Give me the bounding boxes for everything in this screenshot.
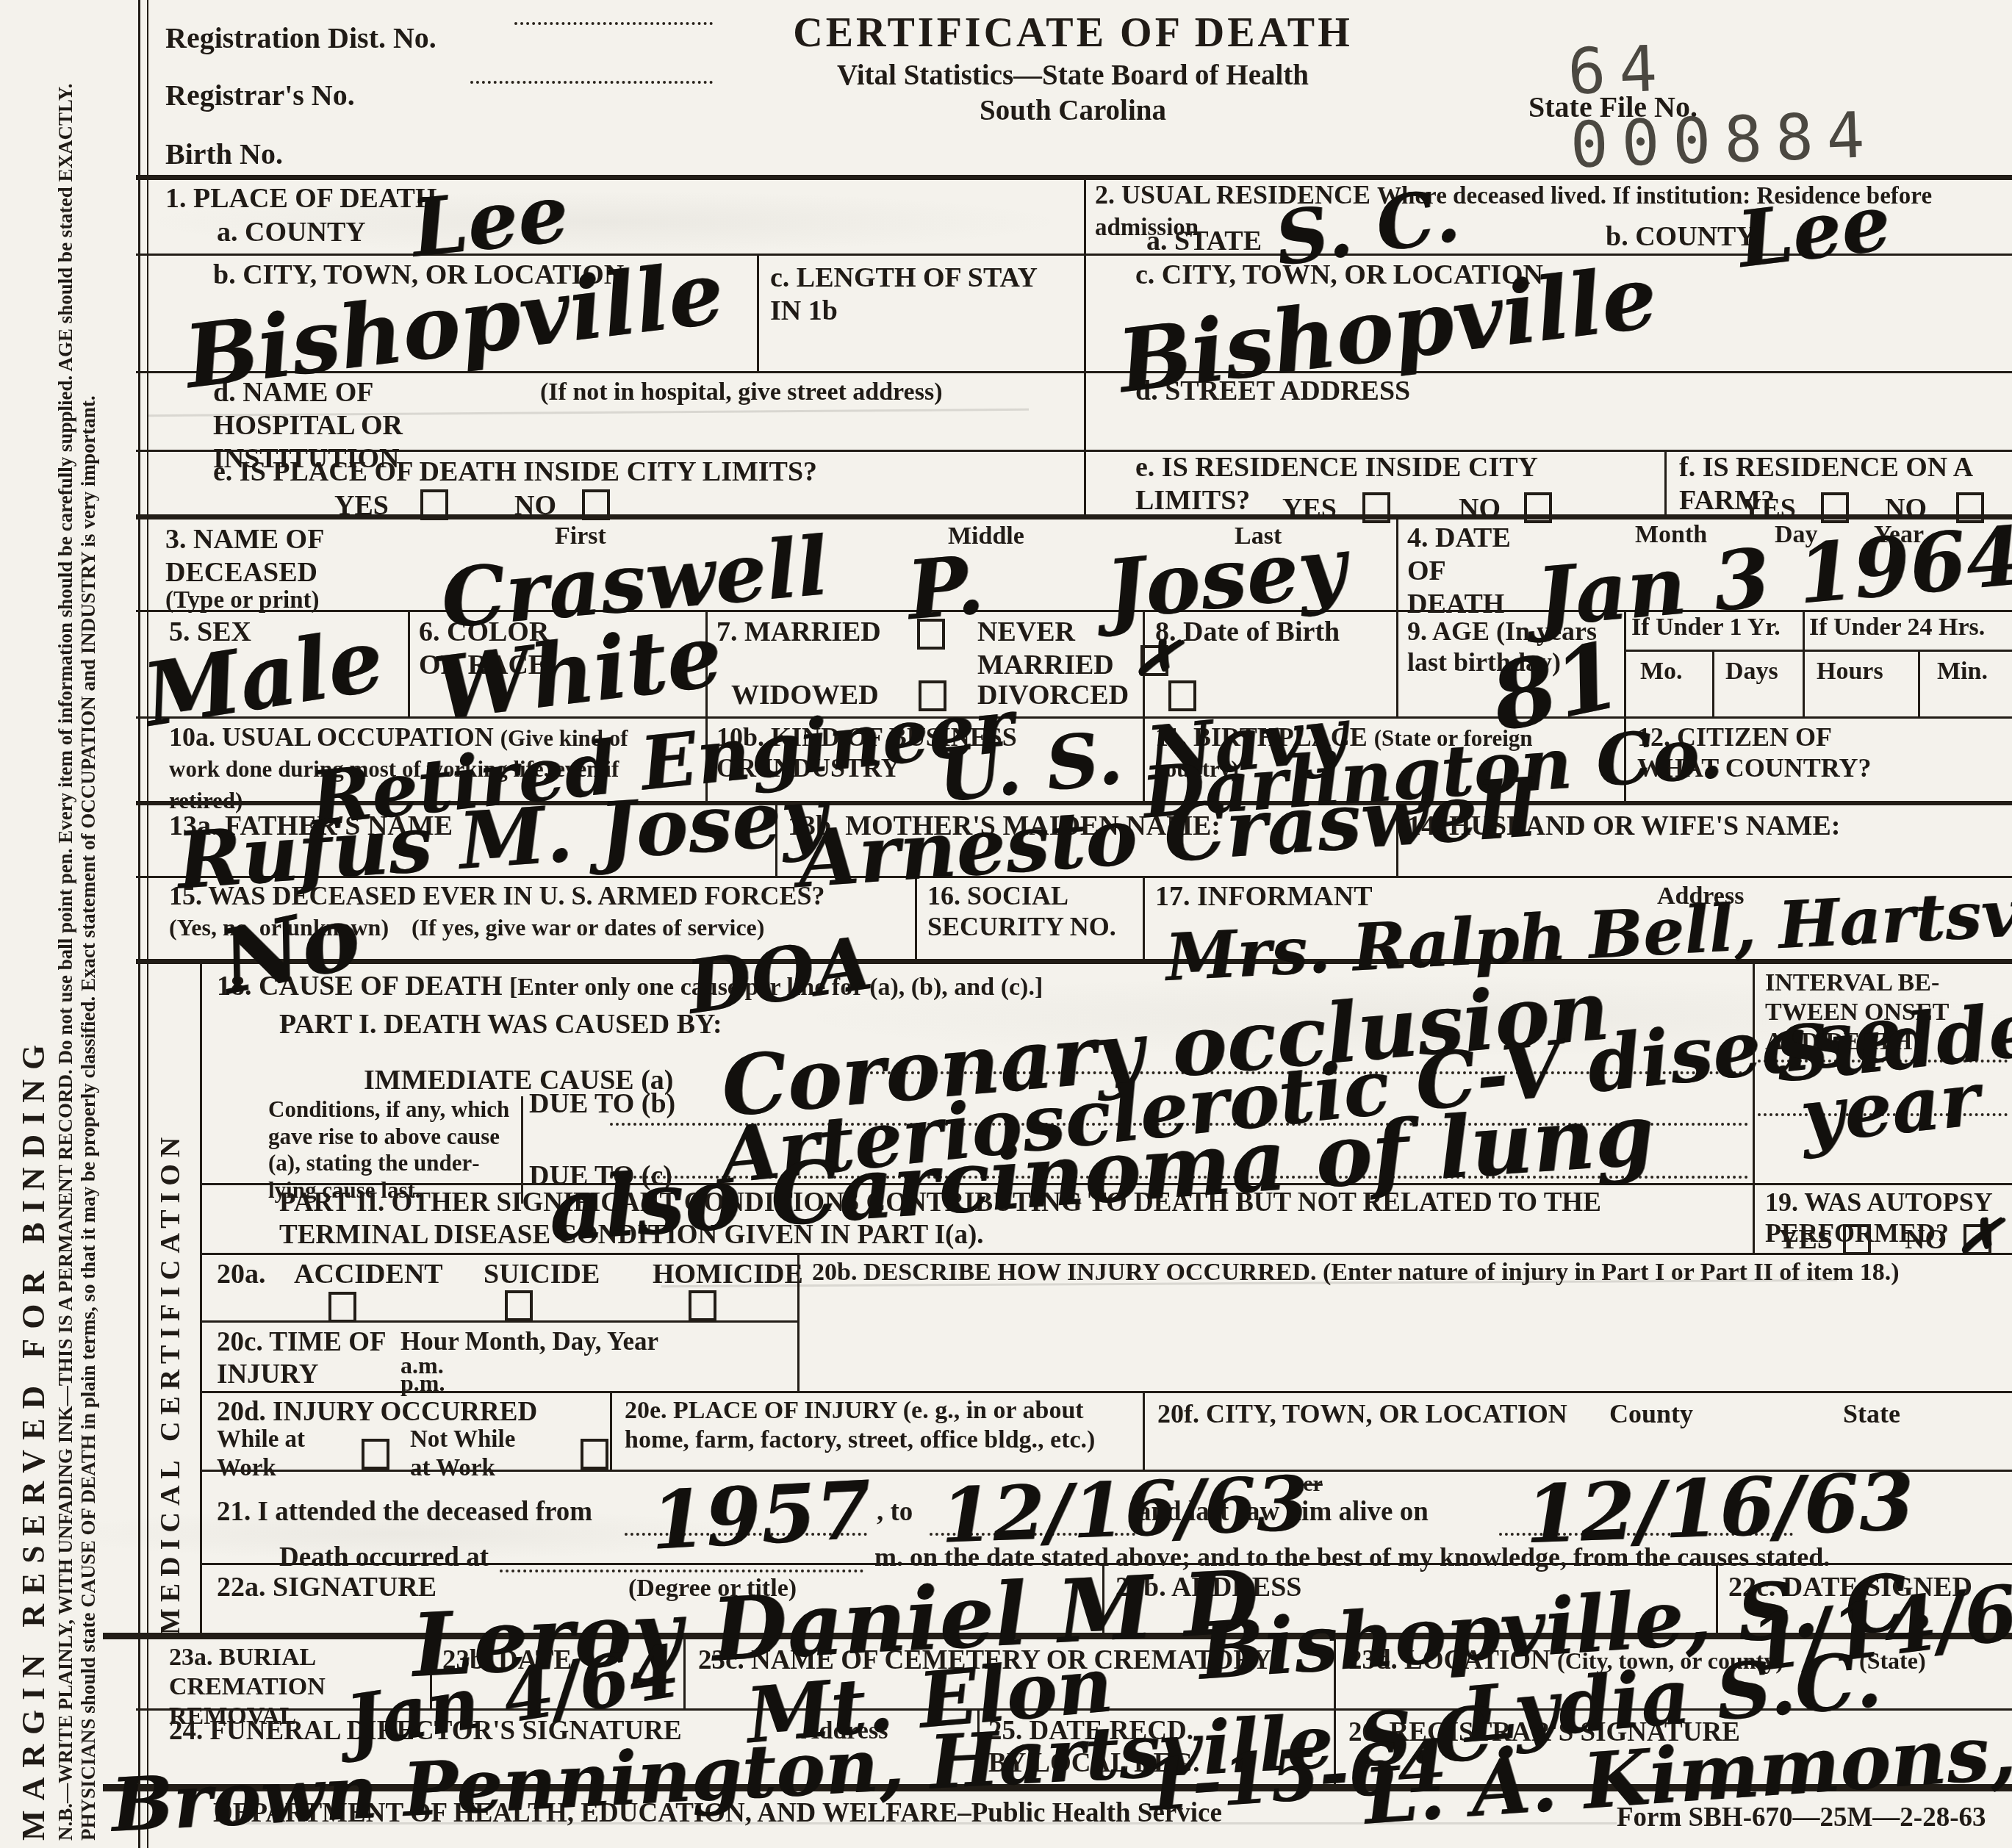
death-occurred-line bbox=[500, 1570, 863, 1572]
months-header: Mo. bbox=[1640, 657, 1683, 686]
attended-text-2: , to bbox=[877, 1496, 913, 1528]
registrar-no-label: Registrar's No. bbox=[165, 78, 355, 112]
never-married-mark: ✗ bbox=[1130, 623, 1183, 691]
no-label: NO bbox=[514, 489, 556, 522]
time-of-injury-label: 20c. TIME OF INJURY bbox=[217, 1326, 387, 1390]
suicide-label: SUICIDE bbox=[484, 1258, 600, 1291]
death-certificate-scan: MARGIN RESERVED FOR BINDING N.B.—WRITE P… bbox=[0, 0, 2012, 1848]
no-label: NO bbox=[1459, 492, 1501, 525]
margin-binding-label: MARGIN RESERVED FOR BINDING bbox=[15, 51, 53, 1841]
describe-injury-label: 20b. DESCRIBE HOW INJURY OCCURRED. (Ente… bbox=[812, 1258, 1900, 1287]
divider bbox=[757, 254, 759, 371]
binding-margin: MARGIN RESERVED FOR BINDING N.B.—WRITE P… bbox=[15, 51, 99, 1841]
yes-label: YES bbox=[334, 489, 389, 522]
homicide-label: HOMICIDE bbox=[653, 1258, 803, 1291]
divider bbox=[1624, 650, 2012, 652]
attended-text-1: 21. I attended the deceased from bbox=[217, 1496, 592, 1528]
suicide-checkbox bbox=[505, 1290, 533, 1321]
length-of-stay-label: c. LENGTH OF STAY IN 1b bbox=[770, 262, 1038, 328]
divider bbox=[1803, 610, 1805, 716]
residence-county-value: Lee bbox=[1733, 176, 1895, 285]
injury-county-header: County bbox=[1609, 1398, 1693, 1429]
county-of-death-label: a. COUNTY bbox=[217, 216, 366, 249]
while-at-work-label: While at Work bbox=[217, 1425, 305, 1483]
divider bbox=[1143, 1391, 1145, 1470]
signature-label: 22a. SIGNATURE bbox=[217, 1571, 436, 1604]
medical-certification-label-wrap: MEDICAL CERTIFICATION bbox=[154, 966, 198, 1635]
middle-name-value: P. bbox=[904, 537, 988, 638]
never-married-label: NEVER MARRIED bbox=[977, 616, 1114, 682]
medical-certification-label: MEDICAL CERTIFICATION bbox=[154, 966, 187, 1635]
divider bbox=[1396, 519, 1398, 610]
registration-dist-label: Registration Dist. No. bbox=[165, 21, 436, 55]
divider bbox=[1143, 876, 1145, 959]
hours-header: Hours bbox=[1817, 657, 1883, 686]
due-to-b-label: DUE TO (b) bbox=[529, 1087, 675, 1121]
date-of-death-label: 4. DATE OF DEATH bbox=[1407, 522, 1511, 620]
armed-forces-note2: (If yes, give war or dates of service) bbox=[412, 914, 764, 942]
yes-label: YES bbox=[1778, 1223, 1833, 1256]
attended-from-value: 1957 bbox=[648, 1464, 874, 1568]
accident-label: ACCIDENT bbox=[294, 1258, 443, 1291]
last-alive-value: 12/16/63 bbox=[1523, 1456, 1916, 1561]
pm-label: p.m. bbox=[400, 1370, 445, 1398]
name-of-deceased-label: 3. NAME OF DECEASED bbox=[165, 523, 324, 589]
form-title: CERTIFICATE OF DEATH bbox=[779, 9, 1367, 57]
county-of-death-value: Lee bbox=[407, 167, 572, 276]
injury-city-label: 20f. CITY, TOWN, OR LOCATION bbox=[1157, 1398, 1567, 1429]
not-while-at-work-label: Not While at Work bbox=[410, 1425, 515, 1483]
injury-state-header: State bbox=[1843, 1398, 1900, 1429]
days-header: Days bbox=[1725, 657, 1778, 686]
divider bbox=[610, 1391, 612, 1470]
death-city-limits-no-checkbox bbox=[582, 489, 610, 520]
autopsy-no-mark: ✗ bbox=[1955, 1203, 2004, 1268]
attended-to-value: 12/16/63 bbox=[939, 1459, 1309, 1560]
item-20a-number: 20a. bbox=[217, 1258, 266, 1291]
form-border bbox=[138, 0, 140, 1848]
state-name: South Carolina bbox=[779, 94, 1367, 128]
divider bbox=[1918, 650, 1920, 716]
residence-state-label: a. STATE bbox=[1146, 225, 1262, 258]
alive-on-text: alive on bbox=[1338, 1497, 1428, 1527]
form-subtitle: Vital Statistics—State Board of Health bbox=[779, 59, 1367, 93]
divider bbox=[200, 1253, 2012, 1255]
birth-no-label: Birth No. bbox=[165, 137, 283, 171]
margin-note: N.B.—WRITE PLAINLY, WITH UNFADING INK—TH… bbox=[54, 51, 100, 1841]
homicide-checkbox bbox=[689, 1290, 716, 1321]
divider bbox=[1664, 450, 1667, 514]
divider bbox=[1712, 650, 1714, 716]
death-city-limits-yes-checkbox bbox=[420, 489, 448, 520]
residence-farm-label: f. IS RESIDENCE ON A FARM? bbox=[1679, 451, 2002, 517]
interval-b-value: year bbox=[1796, 1055, 1983, 1162]
divider bbox=[1084, 175, 1086, 514]
accident-checkbox bbox=[328, 1292, 356, 1323]
informant-label: 17. INFORMANT bbox=[1155, 880, 1373, 913]
divider bbox=[408, 610, 410, 716]
minutes-header: Min. bbox=[1937, 657, 1988, 686]
while-at-work-checkbox bbox=[362, 1439, 389, 1470]
divider bbox=[200, 1391, 2012, 1393]
divider bbox=[200, 964, 202, 1633]
state-file-number-stamp: 64 000884 bbox=[1567, 21, 2012, 183]
injury-occurred-label: 20d. INJURY OCCURRED bbox=[217, 1396, 537, 1428]
death-occurred-text: Death occurred at bbox=[279, 1542, 489, 1574]
hospital-note: (If not in hospital, give street address… bbox=[540, 378, 942, 407]
divider bbox=[1396, 610, 1398, 716]
form-border bbox=[147, 0, 148, 1848]
no-label: NO bbox=[1905, 1223, 1947, 1256]
blank-line bbox=[514, 22, 713, 25]
place-of-death-label: 1. PLACE OF DEATH bbox=[165, 182, 436, 215]
place-of-injury-label: 20e. PLACE OF INJURY (e. g., in or about… bbox=[625, 1396, 1132, 1455]
blank-line bbox=[470, 81, 713, 84]
married-label: 7. MARRIED bbox=[716, 616, 881, 649]
type-or-print-note: (Type or print) bbox=[165, 586, 320, 615]
part1-label: PART I. DEATH WAS CAUSED BY: bbox=[279, 1008, 722, 1041]
death-city-limits-label: e. IS PLACE OF DEATH INSIDE CITY LIMITS? bbox=[213, 456, 817, 489]
not-while-at-work-checkbox bbox=[581, 1439, 608, 1470]
